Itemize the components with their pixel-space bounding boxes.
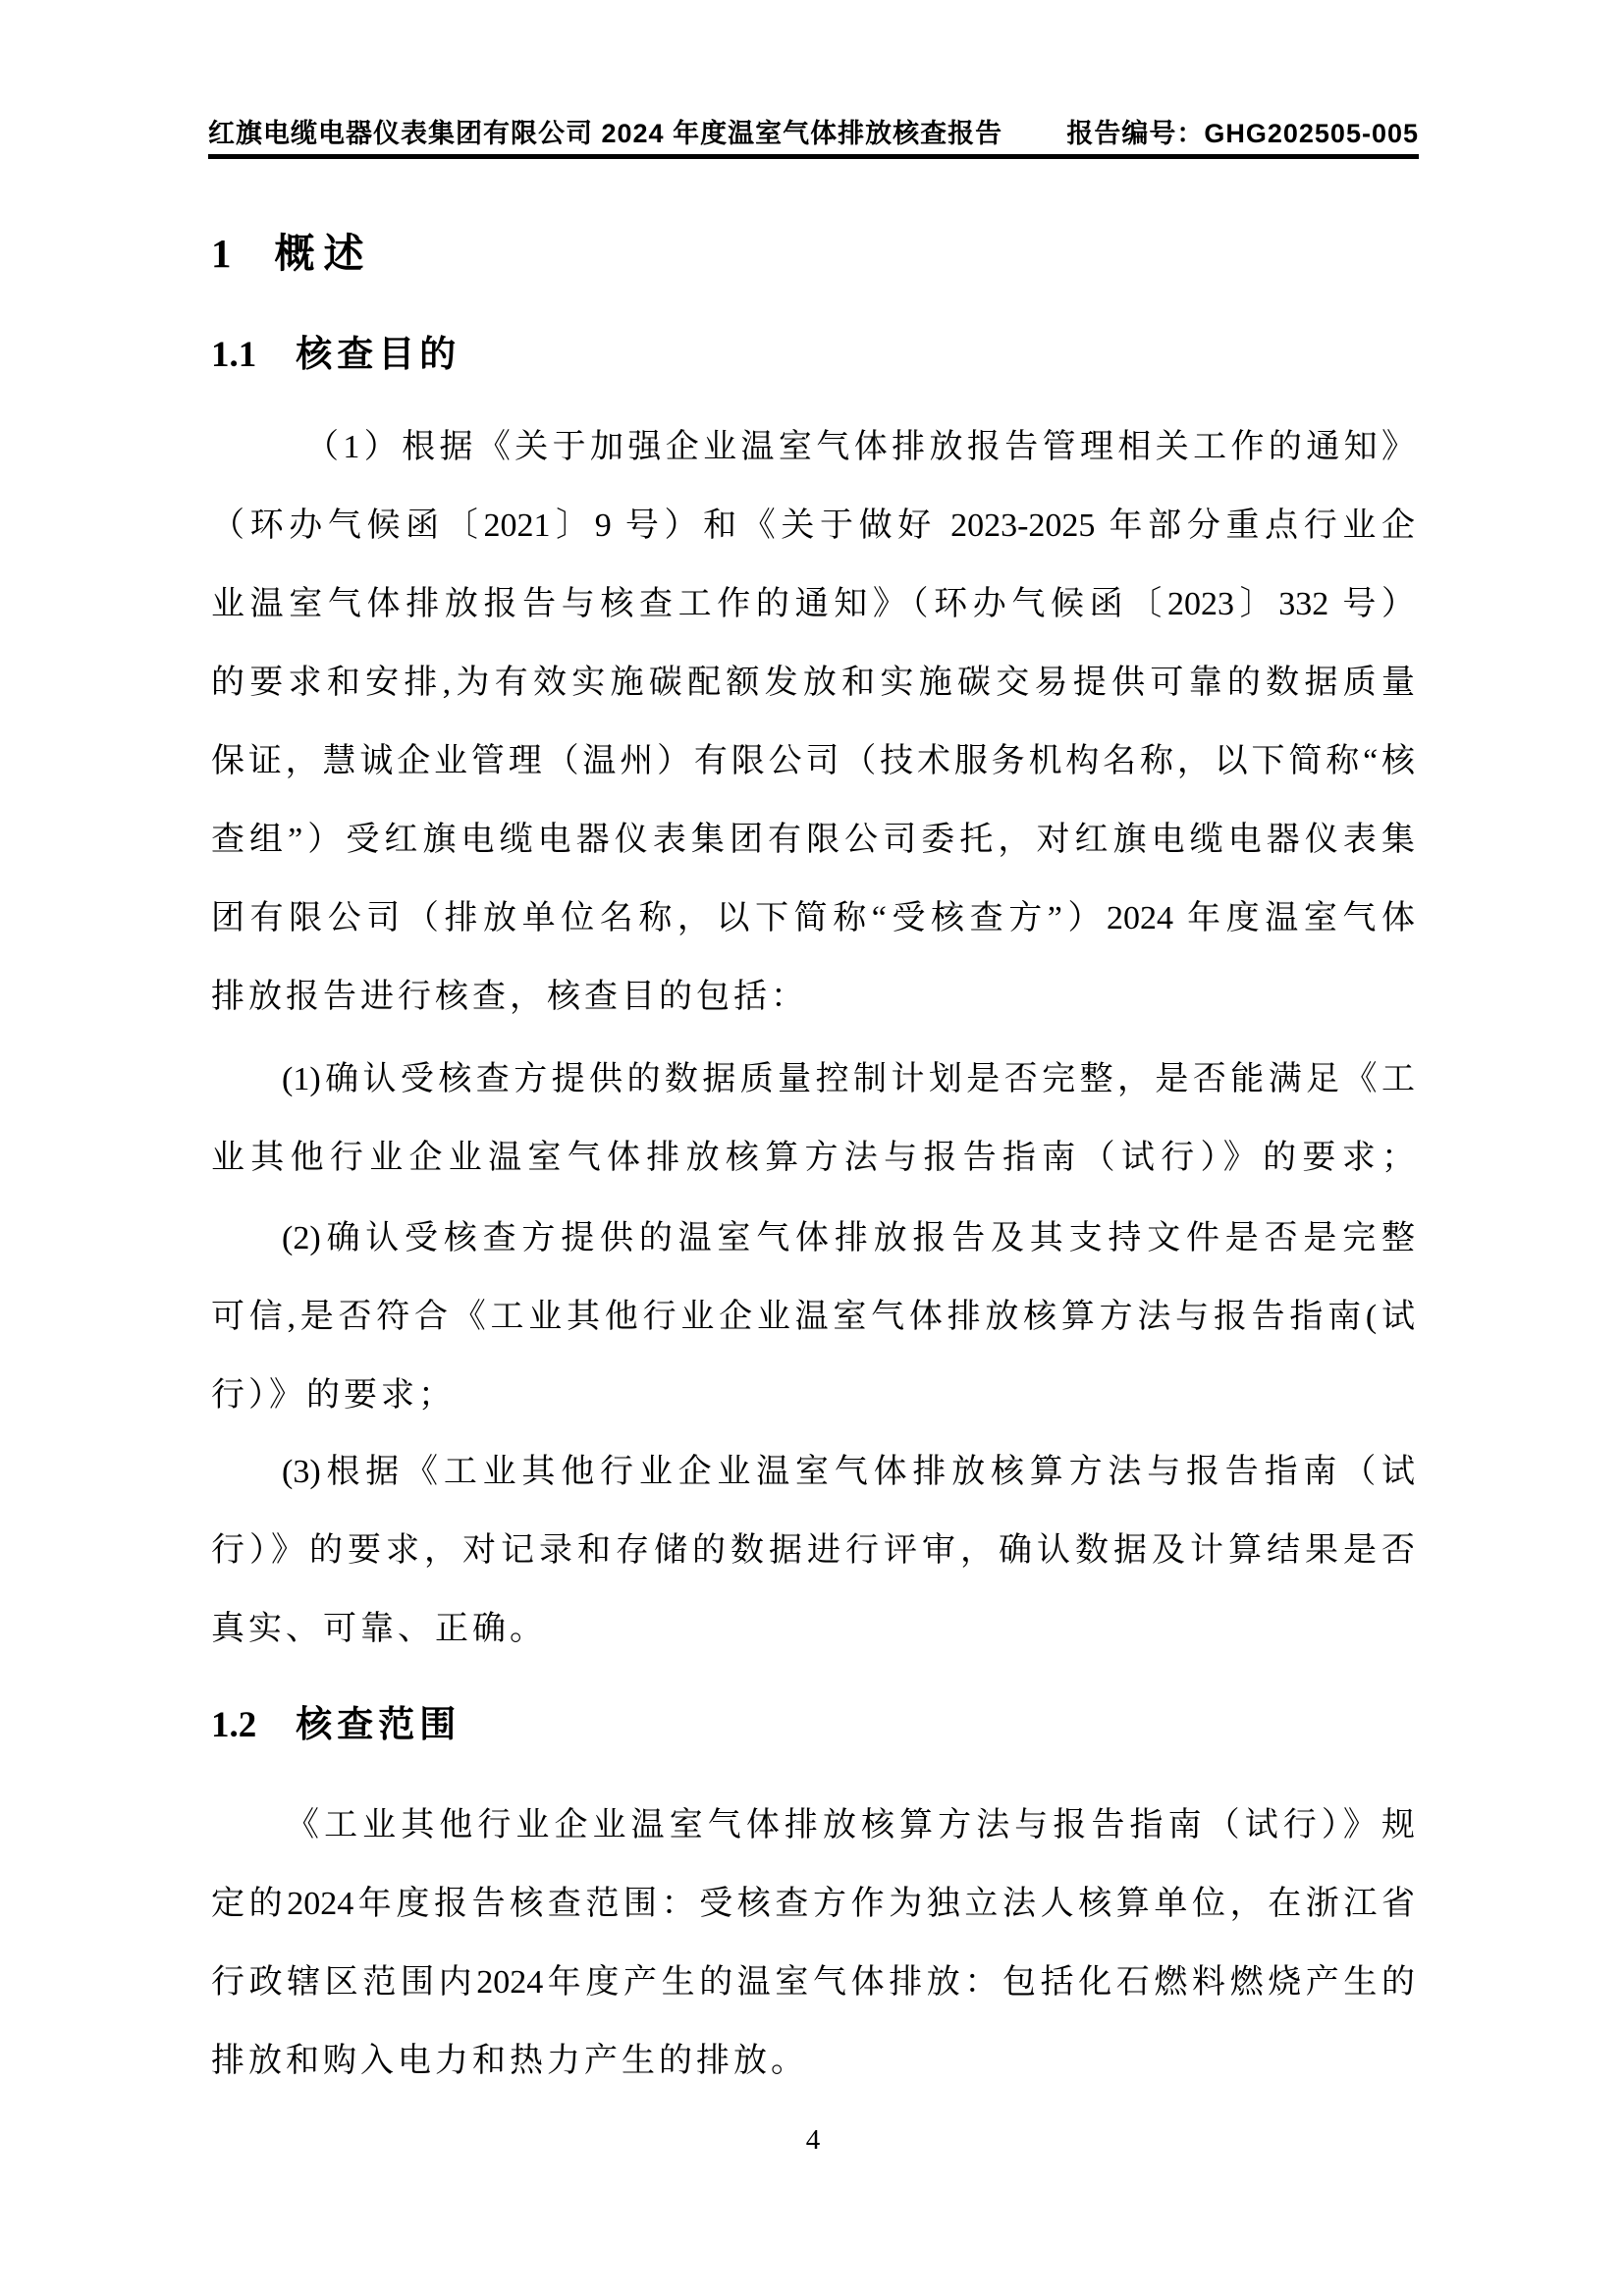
page-number: 4 [211,2123,1415,2158]
heading-title: 核查范围 [296,1705,460,1745]
paragraph-purpose-item-1: (1)确认受核查方提供的数据质量控制计划是否完整，是否能满足《工 业其他行业企业… [211,1041,1415,1198]
text-line: 真实、可靠、正确。 [211,1590,1415,1669]
section-heading-1-1: 1.1核查目的 [211,334,460,377]
header-title: 红旗电缆电器仪表集团有限公司 2024 年度温室气体排放核查报告 [208,117,1002,150]
text-line: 查组”）受红旗电缆电器仪表集团有限公司委托，对红旗电缆电器仪表集 [211,801,1415,880]
text-line: 排放报告进行核查，核查目的包括： [211,958,1415,1037]
text-line: 业其他行业企业温室气体排放核算方法与报告指南（试行）》的要求； [211,1119,1415,1198]
text-line: 行）》的要求，对记录和存储的数据进行评审，确认数据及计算结果是否 [211,1512,1415,1590]
text-line: (2)确认受核查方提供的温室气体排放报告及其支持文件是否是完整 [211,1200,1415,1278]
text-line: 定的2024年度报告核查范围：受核查方作为独立法人核算单位，在浙江省 [211,1865,1415,1944]
text-line: (1)确认受核查方提供的数据质量控制计划是否完整，是否能满足《工 [211,1041,1415,1119]
heading-title: 概述 [275,231,373,276]
header-report-number: 报告编号：GHG202505-005 [1066,117,1419,150]
paragraph-purpose-item-2: (2)确认受核查方提供的温室气体排放报告及其支持文件是否是完整 可信,是否符合《… [211,1200,1415,1435]
heading-number: 1 [211,231,232,276]
text-line: 排放和购入电力和热力产生的排放。 [211,2022,1415,2101]
heading-number: 1.1 [211,335,256,375]
text-line: 《工业其他行业企业温室气体排放核算方法与报告指南（试行）》规 [211,1787,1415,1865]
section-heading-1-2: 1.2核查范围 [211,1704,460,1747]
paragraph-purpose-item-3: (3)根据《工业其他行业企业温室气体排放核算方法与报告指南（试 行）》的要求，对… [211,1433,1415,1669]
text-line: 业温室气体排放报告与核查工作的通知》（环办气候函〔2023〕332 号） [211,565,1415,644]
text-line: 行政辖区范围内2024年度产生的温室气体排放：包括化石燃料燃烧产生的 [211,1944,1415,2022]
text-line: 保证，慧诚企业管理（温州）有限公司（技术服务机构名称，以下简称“核 [211,722,1415,801]
text-line: 行）》的要求； [211,1357,1415,1435]
text-line: 团有限公司（排放单位名称，以下简称“受核查方”）2024 年度温室气体 [211,880,1415,958]
text-line: 可信,是否符合《工业其他行业企业温室气体排放核算方法与报告指南(试 [211,1278,1415,1357]
heading-title: 核查目的 [296,335,460,375]
text-line: (3)根据《工业其他行业企业温室气体排放核算方法与报告指南（试 [211,1433,1415,1512]
text-line: 的要求和安排,为有效实施碳配额发放和实施碳交易提供可靠的数据质量 [211,644,1415,722]
paragraph-verification-scope: 《工业其他行业企业温室气体排放核算方法与报告指南（试行）》规 定的2024年度报… [211,1787,1415,2101]
text-line: （环办气候函〔2021〕9 号）和《关于做好 2023-2025 年部分重点行业… [211,487,1415,565]
text-line: （1）根据《关于加强企业温室气体排放报告管理相关工作的通知》 [211,408,1415,487]
document-page: 红旗电缆电器仪表集团有限公司 2024 年度温室气体排放核查报告 报告编号：GH… [0,0,1624,2296]
paragraph-verification-purpose-intro: （1）根据《关于加强企业温室气体排放报告管理相关工作的通知》 （环办气候函〔20… [211,408,1415,1037]
page-header: 红旗电缆电器仪表集团有限公司 2024 年度温室气体排放核查报告 报告编号：GH… [208,117,1419,159]
heading-number: 1.2 [211,1705,256,1745]
section-heading-1: 1概述 [211,230,373,278]
